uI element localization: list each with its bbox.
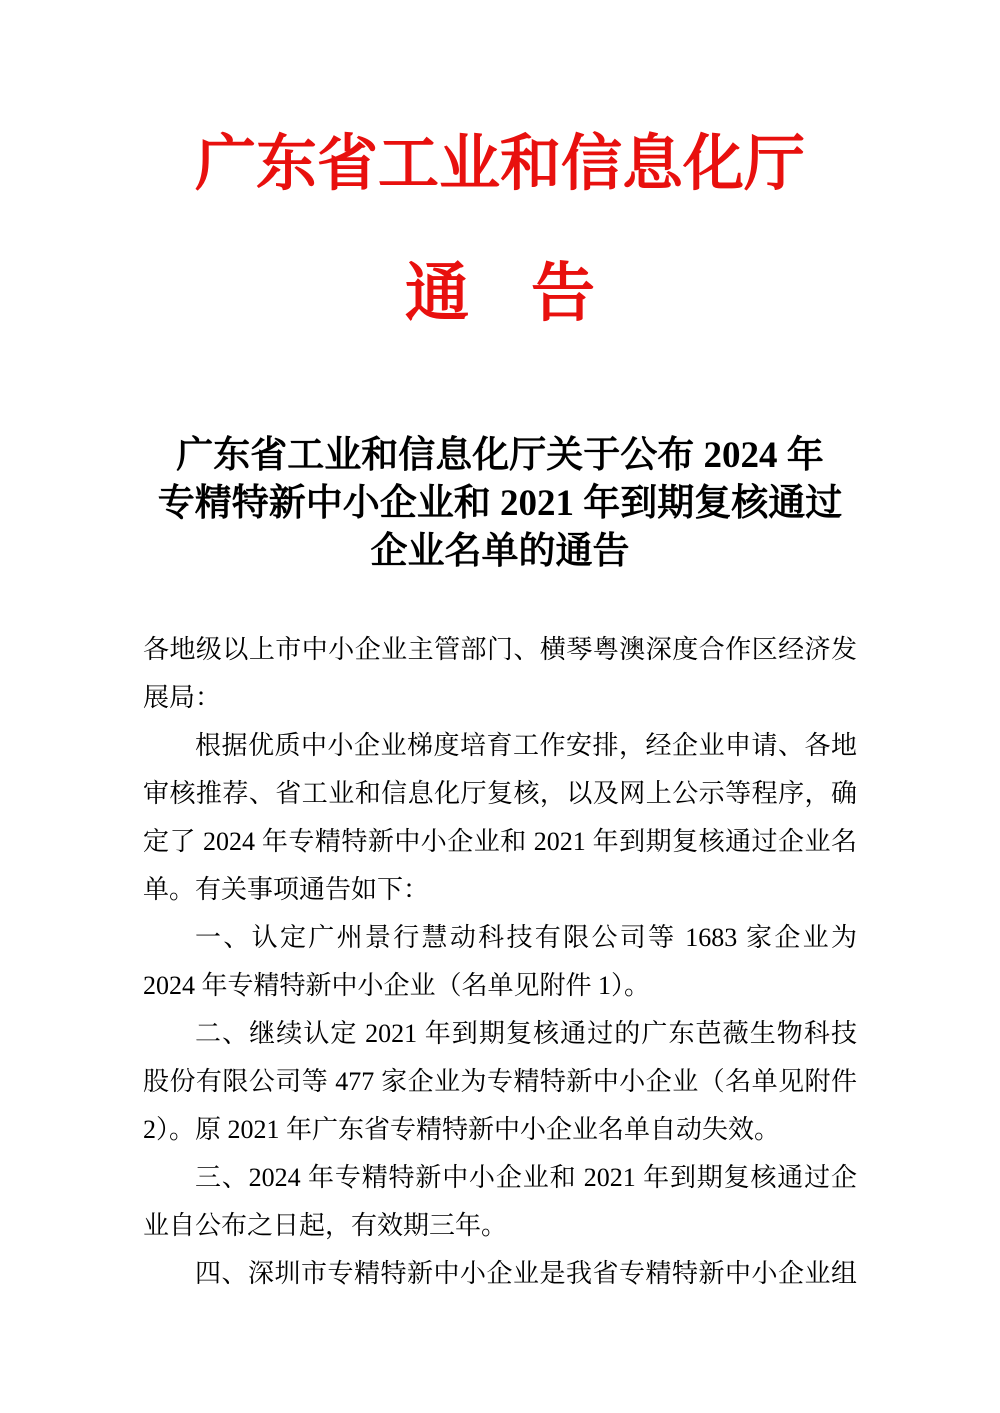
body-line: 审核推荐、省工业和信息化厅复核，以及网上公示等程序，确 xyxy=(143,770,857,818)
document-body: 各地级以上市中小企业主管部门、横琴粤澳深度合作区经济发展局：根据优质中小企业梯度… xyxy=(143,626,857,1298)
body-line: 展局： xyxy=(143,674,857,722)
notice-title: 通 告 xyxy=(0,259,1000,329)
notice-char: 通 xyxy=(405,259,469,329)
body-line: 根据优质中小企业梯度培育工作安排，经企业申请、各地 xyxy=(143,722,857,770)
body-line: 定了 2024 年专精特新中小企业和 2021 年到期复核通过企业名 xyxy=(143,818,857,866)
body-line: 股份有限公司等 477 家企业为专精特新中小企业（名单见附件 xyxy=(143,1058,857,1106)
heading-line: 专精特新中小企业和 2021 年到期复核通过 xyxy=(0,480,1000,528)
body-line: 三、2024 年专精特新中小企业和 2021 年到期复核通过企 xyxy=(143,1154,857,1202)
org-title: 广东省工业和信息化厅 xyxy=(0,131,1000,199)
notice-char: 告 xyxy=(531,259,595,329)
body-line: 一、认定广州景行慧动科技有限公司等 1683 家企业为 xyxy=(143,914,857,962)
body-line: 各地级以上市中小企业主管部门、横琴粤澳深度合作区经济发 xyxy=(143,626,857,674)
body-line: 2024 年专精特新中小企业（名单见附件 1）。 xyxy=(143,962,857,1010)
body-line: 2）。原 2021 年广东省专精特新中小企业名单自动失效。 xyxy=(143,1106,857,1154)
heading-line: 广东省工业和信息化厅关于公布 2024 年 xyxy=(0,432,1000,480)
heading-line: 企业名单的通告 xyxy=(0,528,1000,576)
body-line: 业自公布之日起，有效期三年。 xyxy=(143,1202,857,1250)
document-page: 广东省工业和信息化厅 通 告 广东省工业和信息化厅关于公布 2024 年专精特新… xyxy=(0,0,1000,1413)
body-line: 二、继续认定 2021 年到期复核通过的广东芭薇生物科技 xyxy=(143,1010,857,1058)
body-line: 单。有关事项通告如下： xyxy=(143,866,857,914)
body-line: 四、深圳市专精特新中小企业是我省专精特新中小企业组 xyxy=(143,1250,857,1298)
notice-heading: 广东省工业和信息化厅关于公布 2024 年专精特新中小企业和 2021 年到期复… xyxy=(0,432,1000,576)
